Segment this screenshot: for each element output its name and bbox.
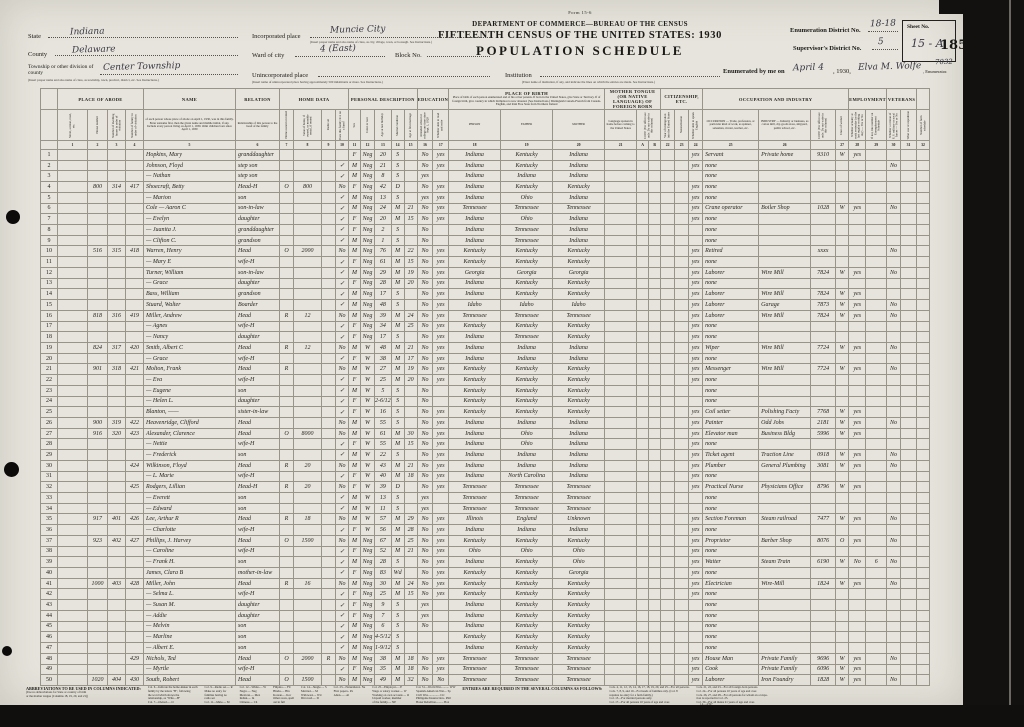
entry-cell (88, 503, 108, 514)
entry-cell: Boiler Shop (759, 203, 811, 214)
entry-cell: none (703, 225, 759, 236)
entry-cell: 1 (375, 235, 392, 246)
entry-cell (108, 150, 126, 161)
entry-cell: Neg (361, 578, 375, 589)
entry-cell: Neg (361, 203, 375, 214)
entry-cell: Head (236, 417, 280, 428)
entry-cell: F (349, 525, 361, 536)
entry-cell: Kentucky (501, 257, 553, 268)
entry-cell (917, 653, 930, 664)
entry-cell (280, 621, 294, 632)
entry-cell: No (336, 514, 349, 525)
census-row: 18— Nancydaughter✓FNeg17SNoyesIndianaTen… (41, 332, 930, 343)
entry-cell: Ticket agent (703, 450, 759, 461)
entry-cell (849, 632, 866, 643)
entry-cell: 1000 (88, 578, 108, 589)
entry-cell: W (361, 396, 375, 407)
entry-cell: Ohio (449, 546, 501, 557)
footer-block: Cols. 4, 11, 12, 13, 14, 16, 17, 18, 19,… (609, 686, 689, 704)
entry-cell (675, 621, 689, 632)
entry-cell (58, 235, 88, 246)
entry-cell (661, 246, 675, 257)
entry-cell (811, 568, 836, 579)
entry-cell: 38 (375, 653, 392, 664)
entry-cell: yes (689, 310, 703, 321)
entry-cell: 21 (404, 342, 417, 353)
entry-cell (901, 664, 917, 675)
entry-cell: S (391, 150, 404, 161)
column-number: 9 (322, 141, 336, 150)
entry-cell (88, 396, 108, 407)
entry-cell (849, 546, 866, 557)
entry-cell (917, 546, 930, 557)
entry-cell: No (336, 342, 349, 353)
entry-cell: No (417, 385, 433, 396)
entry-cell (637, 246, 649, 257)
entry-cell (58, 396, 88, 407)
entry-cell: No (417, 364, 433, 375)
entry-cell (649, 160, 661, 171)
entry-cell (887, 546, 901, 557)
entry-cell: Kentucky (449, 632, 501, 643)
entry-cell: F (349, 610, 361, 621)
entry-cell (759, 192, 811, 203)
line-number-cell: 27 (41, 428, 58, 439)
entry-cell (866, 257, 887, 268)
census-row: 48429Nichols, TedHeadO2000RNoMNeg38M18No… (41, 653, 930, 664)
entry-cell: Indiana (449, 439, 501, 450)
entry-cell (675, 278, 689, 289)
entry-cell (917, 160, 930, 171)
entry-cell (836, 396, 849, 407)
entry-cell (294, 203, 322, 214)
entry-cell: son (236, 557, 280, 568)
entry-cell: W (361, 450, 375, 461)
entry-cell (675, 364, 689, 375)
entry-cell (605, 203, 637, 214)
entry-cell (649, 525, 661, 536)
entry-cell (126, 610, 144, 621)
entry-cell (605, 246, 637, 257)
entry-cell: Shoecraft, Betty (144, 182, 236, 193)
entry-cell (88, 407, 108, 418)
entry-cell: Kentucky (449, 385, 501, 396)
entry-cell (917, 171, 930, 182)
entry-cell (649, 610, 661, 621)
entry-cell: Retired (703, 246, 759, 257)
entry-cell: M (349, 385, 361, 396)
entry-cell (811, 160, 836, 171)
entry-cell (661, 385, 675, 396)
footer-block: Col. 25—Employer..... EWage or salary wo… (372, 686, 409, 704)
entry-cell: son (236, 621, 280, 632)
institution-label: Institution (505, 72, 532, 79)
entry-cell (58, 493, 88, 504)
census-row: 44— Addiedaughter✓FNeg7SyesIndianaKentuc… (41, 610, 930, 621)
entry-cell (811, 600, 836, 611)
entry-cell (322, 664, 336, 675)
column-number: 7 (280, 141, 294, 150)
entry-cell (917, 246, 930, 257)
entry-cell: Indiana (449, 192, 501, 203)
entry-cell: Neg (361, 171, 375, 182)
entry-cell (322, 192, 336, 203)
entry-cell (108, 160, 126, 171)
entry-cell (836, 621, 849, 632)
entry-cell: none (703, 589, 759, 600)
line-number-cell: 3 (41, 171, 58, 182)
entry-cell: Laborer (703, 267, 759, 278)
entry-cell (280, 203, 294, 214)
entry-cell: yes (689, 278, 703, 289)
entry-cell: W (836, 203, 849, 214)
entry-cell: wife-H (236, 439, 280, 450)
entry-cell (605, 578, 637, 589)
entry-cell (661, 439, 675, 450)
entry-cell (322, 321, 336, 332)
entry-cell: 25 (375, 375, 392, 386)
entry-cell (322, 364, 336, 375)
entry-cell: — Nettie (144, 439, 236, 450)
entry-cell (849, 396, 866, 407)
entry-cell: Crane operator (703, 203, 759, 214)
entry-cell: yes (433, 353, 449, 364)
entry-cell: Kentucky (501, 621, 553, 632)
entry-cell: 6096 (811, 664, 836, 675)
census-row: 1Hopkins, MarygranddaughterFNeg20SNoyesI… (41, 150, 930, 161)
entry-cell: Indiana (501, 450, 553, 461)
entry-cell: S (391, 503, 404, 514)
entry-cell (675, 375, 689, 386)
entry-cell (661, 300, 675, 311)
hole-punch-top (6, 210, 20, 224)
entry-cell (836, 385, 849, 396)
entry-cell: No (887, 342, 901, 353)
census-row: 45— Melvinson✓MNeg6SNoIndianaKentuckyKen… (41, 621, 930, 632)
entry-cell (126, 203, 144, 214)
entry-cell (811, 643, 836, 654)
entry-cell: No (336, 535, 349, 546)
entry-cell (811, 332, 836, 343)
census-row: 37923402427Phillips, J. HarveyHeadO1500N… (41, 535, 930, 546)
entry-cell (661, 353, 675, 364)
entry-cell: W (361, 342, 375, 353)
entry-cell (901, 278, 917, 289)
entry-cell: M (391, 203, 404, 214)
entry-cell: ✓ (336, 471, 349, 482)
entry-cell: ✓ (336, 321, 349, 332)
entry-cell (675, 428, 689, 439)
entry-cell (917, 664, 930, 675)
entry-cell: Head (236, 653, 280, 664)
entry-cell (836, 353, 849, 364)
entry-cell: W (836, 300, 849, 311)
entry-cell (866, 450, 887, 461)
entry-cell: Idaho (449, 300, 501, 311)
entry-cell: — Susan M. (144, 600, 236, 611)
entry-cell: yes (849, 310, 866, 321)
entry-cell: Indiana (553, 525, 605, 536)
entry-cell (649, 332, 661, 343)
entry-cell (88, 225, 108, 236)
entry-cell (866, 342, 887, 353)
entry-cell: 7477 (811, 514, 836, 525)
column-number: 29 (866, 141, 887, 150)
entry-cell (58, 310, 88, 321)
entry-cell (849, 257, 866, 268)
line-number-cell: 43 (41, 600, 58, 611)
entry-cell: No (887, 160, 901, 171)
ed-label: Enumeration District No. (790, 27, 861, 34)
entry-cell: yes (849, 267, 866, 278)
entry-cell: M (391, 546, 404, 557)
entry-cell: ✓ (336, 664, 349, 675)
entry-cell: Indiana (501, 342, 553, 353)
entry-cell (849, 471, 866, 482)
enumerator-name: Elva M. Wolfe (858, 61, 922, 73)
entry-cell (637, 578, 649, 589)
entry-cell (901, 632, 917, 643)
entry-cell (675, 225, 689, 236)
entry-cell (866, 332, 887, 343)
entry-cell (849, 321, 866, 332)
entry-cell (58, 503, 88, 514)
entry-cell: No (336, 417, 349, 428)
entry-cell (404, 289, 417, 300)
entry-cell (126, 632, 144, 643)
entry-cell: S (391, 600, 404, 611)
entry-cell (126, 375, 144, 386)
entry-cell (849, 171, 866, 182)
entry-cell: yes (689, 535, 703, 546)
line-number-cell: 13 (41, 278, 58, 289)
entry-cell: No (417, 182, 433, 193)
entry-cell: Ohio (501, 428, 553, 439)
entry-cell: M (349, 653, 361, 664)
entry-cell (88, 589, 108, 600)
entry-cell (58, 160, 88, 171)
entry-cell (294, 150, 322, 161)
entry-cell (637, 278, 649, 289)
entry-cell (866, 610, 887, 621)
entry-cell (901, 364, 917, 375)
entry-cell: Indiana (449, 471, 501, 482)
entry-cell: 24 (404, 310, 417, 321)
entry-cell (108, 375, 126, 386)
column-number: 4 (126, 141, 144, 150)
line-number-cell: 8 (41, 225, 58, 236)
entry-cell: 55 (375, 439, 392, 450)
column-number: 31 (901, 141, 917, 150)
entry-cell (649, 235, 661, 246)
entry-cell: Smith, Albert C (144, 342, 236, 353)
entry-cell: 25 (404, 321, 417, 332)
column-number: 2 (88, 141, 108, 150)
column-number: 8 (294, 141, 322, 150)
entry-cell: M (349, 557, 361, 568)
entry-cell (88, 375, 108, 386)
entry-cell: none (703, 600, 759, 611)
entry-cell (649, 675, 661, 686)
entry-cell: Indiana (553, 342, 605, 353)
entry-cell: Business Bldg (759, 428, 811, 439)
entry-cell (88, 332, 108, 343)
entry-cell: 418 (126, 246, 144, 257)
entry-cell: yes (689, 150, 703, 161)
entry-cell: M (391, 460, 404, 471)
entry-cell (649, 417, 661, 428)
entry-cell (811, 621, 836, 632)
entry-cell: yes (433, 192, 449, 203)
entry-cell: Neg (361, 653, 375, 664)
entry-cell (88, 493, 108, 504)
entry-cell (280, 214, 294, 225)
line-number-cell: 11 (41, 257, 58, 268)
column-group-header: NAME (144, 89, 236, 110)
entry-cell (637, 300, 649, 311)
entry-cell (917, 428, 930, 439)
entry-cell (866, 321, 887, 332)
entry-cell: Kentucky (501, 375, 553, 386)
entry-cell: ✓ (336, 278, 349, 289)
entry-cell: Hopkins, Mary (144, 150, 236, 161)
entry-cell: S (391, 396, 404, 407)
entry-cell: Kentucky (449, 407, 501, 418)
entry-cell: W (361, 525, 375, 536)
entry-cell (901, 246, 917, 257)
entry-cell: Tennessee (501, 503, 553, 514)
entry-cell: yes (689, 407, 703, 418)
entry-cell (126, 396, 144, 407)
entry-cell (58, 332, 88, 343)
entry-cell (661, 493, 675, 504)
entry-cell: Tennessee (449, 664, 501, 675)
entry-cell: yes (689, 525, 703, 536)
entry-cell: 28 (375, 278, 392, 289)
census-row: 22— Evawife-H✓FW25M20NoyesKentuckyKentuc… (41, 375, 930, 386)
entry-cell (649, 632, 661, 643)
entry-cell (294, 289, 322, 300)
entry-cell: yes (849, 417, 866, 428)
entry-cell: W (836, 428, 849, 439)
entry-cell: yes (433, 375, 449, 386)
entry-cell: Neg (361, 610, 375, 621)
entry-cell (649, 450, 661, 461)
entry-cell (58, 407, 88, 418)
entry-cell: none (703, 396, 759, 407)
entry-cell (661, 321, 675, 332)
entry-cell: granddaughter (236, 225, 280, 236)
line-number-cell: 9 (41, 235, 58, 246)
entry-cell (866, 514, 887, 525)
entry-cell (649, 460, 661, 471)
entry-cell (605, 471, 637, 482)
entry-cell (322, 568, 336, 579)
entry-cell: 1828 (811, 675, 836, 686)
entry-cell: No (336, 578, 349, 589)
entry-cell: 18 (294, 514, 322, 525)
entry-cell: Stuard, Walter (144, 300, 236, 311)
census-row: 42— Selma L.wife-H✓FNeg25M15NoyesKentuck… (41, 589, 930, 600)
entry-cell: 422 (126, 417, 144, 428)
entry-cell: daughter (236, 600, 280, 611)
entry-cell: 8 (375, 171, 392, 182)
entry-cell (917, 535, 930, 546)
entry-cell: Tennessee (553, 664, 605, 675)
entry-cell (836, 632, 849, 643)
scan-edge-bottom (0, 705, 1024, 727)
entry-cell: — Grace (144, 278, 236, 289)
entry-cell (605, 643, 637, 654)
entry-cell: Kentucky (501, 407, 553, 418)
entry-cell: yes (689, 568, 703, 579)
entry-cell (849, 246, 866, 257)
census-row: 501020404430South, RobertHeadO1500NoMNeg… (41, 675, 930, 686)
entry-cell (917, 385, 930, 396)
entry-cell (901, 192, 917, 203)
entry-cell: 420 (126, 342, 144, 353)
entry-cell: 19 (404, 267, 417, 278)
entry-cell (108, 385, 126, 396)
entry-cell: Indiana (449, 235, 501, 246)
entry-cell (901, 417, 917, 428)
entry-cell (88, 321, 108, 332)
census-row: 43— Susan M.daughter✓FNeg9SyesIndianaKen… (41, 600, 930, 611)
entry-cell: Kentucky (501, 182, 553, 193)
entry-cell (58, 482, 88, 493)
entry-cell (108, 568, 126, 579)
entry-cell (901, 546, 917, 557)
census-row: 20— Gracewife-H✓FW38M17NoyesIndianaIndia… (41, 353, 930, 364)
entry-cell: M (391, 364, 404, 375)
entry-cell: yes (417, 171, 433, 182)
entry-cell: yes (689, 653, 703, 664)
entry-cell (917, 364, 930, 375)
entry-cell: none (703, 503, 759, 514)
entry-cell: S (391, 385, 404, 396)
entry-cell (637, 471, 649, 482)
census-row: 29— Frederickson✓MW22SNoyesIndianaIndian… (41, 450, 930, 461)
entry-cell (836, 182, 849, 193)
entry-cell (811, 225, 836, 236)
entry-cell: No (887, 267, 901, 278)
entry-cell: Wire Mill (759, 342, 811, 353)
entry-cell (126, 557, 144, 568)
entry-cell (887, 503, 901, 514)
entry-cell (649, 246, 661, 257)
entry-cell (849, 621, 866, 632)
entry-cell (866, 171, 887, 182)
entry-cell: 15 (404, 257, 417, 268)
entry-cell: South, Robert (144, 675, 236, 686)
entry-cell: No (336, 182, 349, 193)
line-number-cell: 44 (41, 610, 58, 621)
entry-cell: Neg (361, 160, 375, 171)
entry-cell (58, 182, 88, 193)
entry-cell: W (836, 364, 849, 375)
entry-cell (661, 396, 675, 407)
entry-cell: Cole — Aaron C (144, 203, 236, 214)
column-number (811, 141, 836, 150)
entry-cell (637, 192, 649, 203)
entry-cell (887, 621, 901, 632)
entry-cell (759, 525, 811, 536)
entry-cell: No (417, 321, 433, 332)
entry-cell: Molton, Frank (144, 364, 236, 375)
entry-cell (58, 546, 88, 557)
entry-cell (675, 214, 689, 225)
entry-cell: 12 (294, 310, 322, 321)
